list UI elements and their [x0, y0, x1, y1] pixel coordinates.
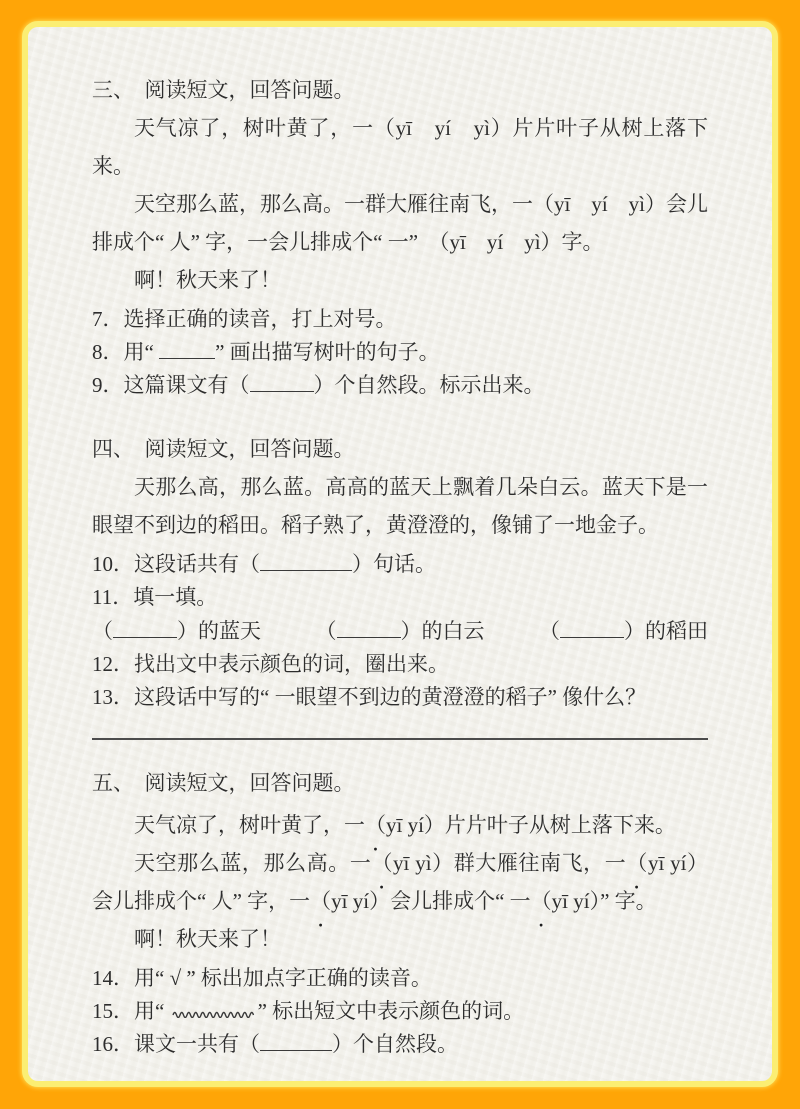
question-10: 10．这段话共有（）句话。	[92, 548, 708, 581]
question-16: 16．课文一共有（）个自然段。	[92, 1028, 708, 1061]
text-segment: 天空那么蓝，那么高。	[134, 851, 350, 875]
question-text: 10．这段话共有（	[92, 552, 260, 576]
dotted-char: 一	[289, 889, 310, 913]
text-segment: 天气凉了，树叶黄了，	[134, 813, 344, 837]
answer-blank[interactable]	[260, 552, 352, 571]
passage-line: 天那么高，那么蓝。高高的蓝天上飘着几朵白云。蓝天下是一眼望不到边的稻田。稻子熟了…	[92, 468, 708, 544]
worksheet-page: { "theme": { "frame_color": "#ffa507", "…	[0, 0, 800, 1109]
passage-line: 天气凉了，树叶黄了，一（yī yí）片片叶子从树上落下来。	[92, 806, 708, 844]
section-divider	[92, 738, 708, 740]
answer-blank[interactable]	[250, 373, 314, 392]
paren: （	[316, 619, 337, 643]
fill-label: ）的白云	[401, 619, 485, 643]
question-9: 9．这篇课文有（）个自然段。标示出来。	[92, 369, 708, 402]
section-three-title: 三、 阅读短文，回答问题。	[92, 71, 708, 109]
question-text: ” 标出短文中表示颜色的词。	[258, 999, 525, 1023]
answer-blank[interactable]	[560, 619, 624, 638]
passage-line: 天空那么蓝，那么高。一群大雁往南飞，一（yī yí yì）会儿排成个“ 人” 字…	[92, 185, 708, 261]
section-five: 五、 阅读短文，回答问题。 天气凉了，树叶黄了，一（yī yí）片片叶子从树上落…	[92, 764, 708, 1061]
answer-blank[interactable]	[337, 619, 401, 638]
question-8: 8．用“ ” 画出描写树叶的句子。	[92, 336, 708, 369]
paren: （	[92, 619, 113, 643]
fill-item-rice-field: （）的稻田	[539, 614, 708, 648]
question-text: 9．这篇课文有（	[92, 373, 250, 397]
passage-line: 天空那么蓝，那么高。一（yī yì）群大雁往南飞，一（yī yí）会儿排成个“ …	[92, 844, 708, 920]
answer-blank[interactable]	[260, 1032, 332, 1051]
text-segment: （yī yí）片片叶子从树上落下来。	[365, 813, 676, 837]
passage-line: 天气凉了，树叶黄了，一（yī yí yì）片片叶子从树上落下来。	[92, 109, 708, 185]
fill-label: ）的稻田	[624, 619, 708, 643]
question-12: 12．找出文中表示颜色的词，圈出来。	[92, 648, 708, 681]
question-list: 14．用“ √ ” 标出加点字正确的读音。 15．用“ ” 标出短文中表示颜色的…	[92, 962, 708, 1061]
question-text: ）个自然段。标示出来。	[314, 373, 545, 397]
question-text: ）个自然段。	[332, 1032, 458, 1056]
section-four-title: 四、 阅读短文，回答问题。	[92, 430, 708, 468]
answer-blank[interactable]	[159, 340, 215, 359]
fill-in-row: （）的蓝天 （）的白云 （）的稻田	[92, 614, 708, 648]
dotted-char: 一	[344, 813, 365, 837]
question-14: 14．用“ √ ” 标出加点字正确的读音。	[92, 962, 708, 995]
fill-label: ）的蓝天	[177, 619, 261, 643]
question-text: ）句话。	[352, 552, 436, 576]
question-7: 7．选择正确的读音，打上对号。	[92, 303, 708, 336]
passage-line: 啊！秋天来了！	[92, 261, 708, 299]
question-15: 15．用“ ” 标出短文中表示颜色的词。	[92, 995, 708, 1028]
fill-item-blue-sky: （）的蓝天	[92, 614, 261, 648]
dotted-char: 一	[510, 889, 531, 913]
question-list: 7．选择正确的读音，打上对号。 8．用“ ” 画出描写树叶的句子。 9．这篇课文…	[92, 303, 708, 402]
dotted-char: 一	[605, 851, 627, 875]
wavy-line-icon	[172, 1008, 256, 1018]
section-four: 四、 阅读短文，回答问题。 天那么高，那么蓝。高高的蓝天上飘着几朵白云。蓝天下是…	[92, 430, 708, 714]
question-text: 8．用“	[92, 340, 159, 364]
question-13: 13．这段话中写的“ 一眼望不到边的黄澄澄的稻子” 像什么？	[92, 681, 708, 714]
worksheet-paper: 三、 阅读短文，回答问题。 天气凉了，树叶黄了，一（yī yí yì）片片叶子从…	[22, 21, 778, 1087]
dotted-char: 一	[350, 851, 372, 875]
fill-item-white-cloud: （）的白云	[316, 614, 485, 648]
paren: （	[539, 619, 560, 643]
text-segment: （yī yì）群大雁往南飞，	[371, 851, 604, 875]
question-text: 15．用“	[92, 999, 170, 1023]
question-list: 10．这段话共有（）句话。 11．填一填。 （）的蓝天 （）的白云 （）的稻田 …	[92, 548, 708, 714]
question-text: ” 画出描写树叶的句子。	[215, 340, 440, 364]
passage-line: 啊！秋天来了！	[92, 920, 708, 958]
question-text: 16．课文一共有（	[92, 1032, 260, 1056]
answer-blank[interactable]	[113, 619, 177, 638]
section-three: 三、 阅读短文，回答问题。 天气凉了，树叶黄了，一（yī yí yì）片片叶子从…	[92, 71, 708, 402]
question-11: 11．填一填。	[92, 581, 708, 614]
section-five-title: 五、 阅读短文，回答问题。	[92, 764, 708, 802]
